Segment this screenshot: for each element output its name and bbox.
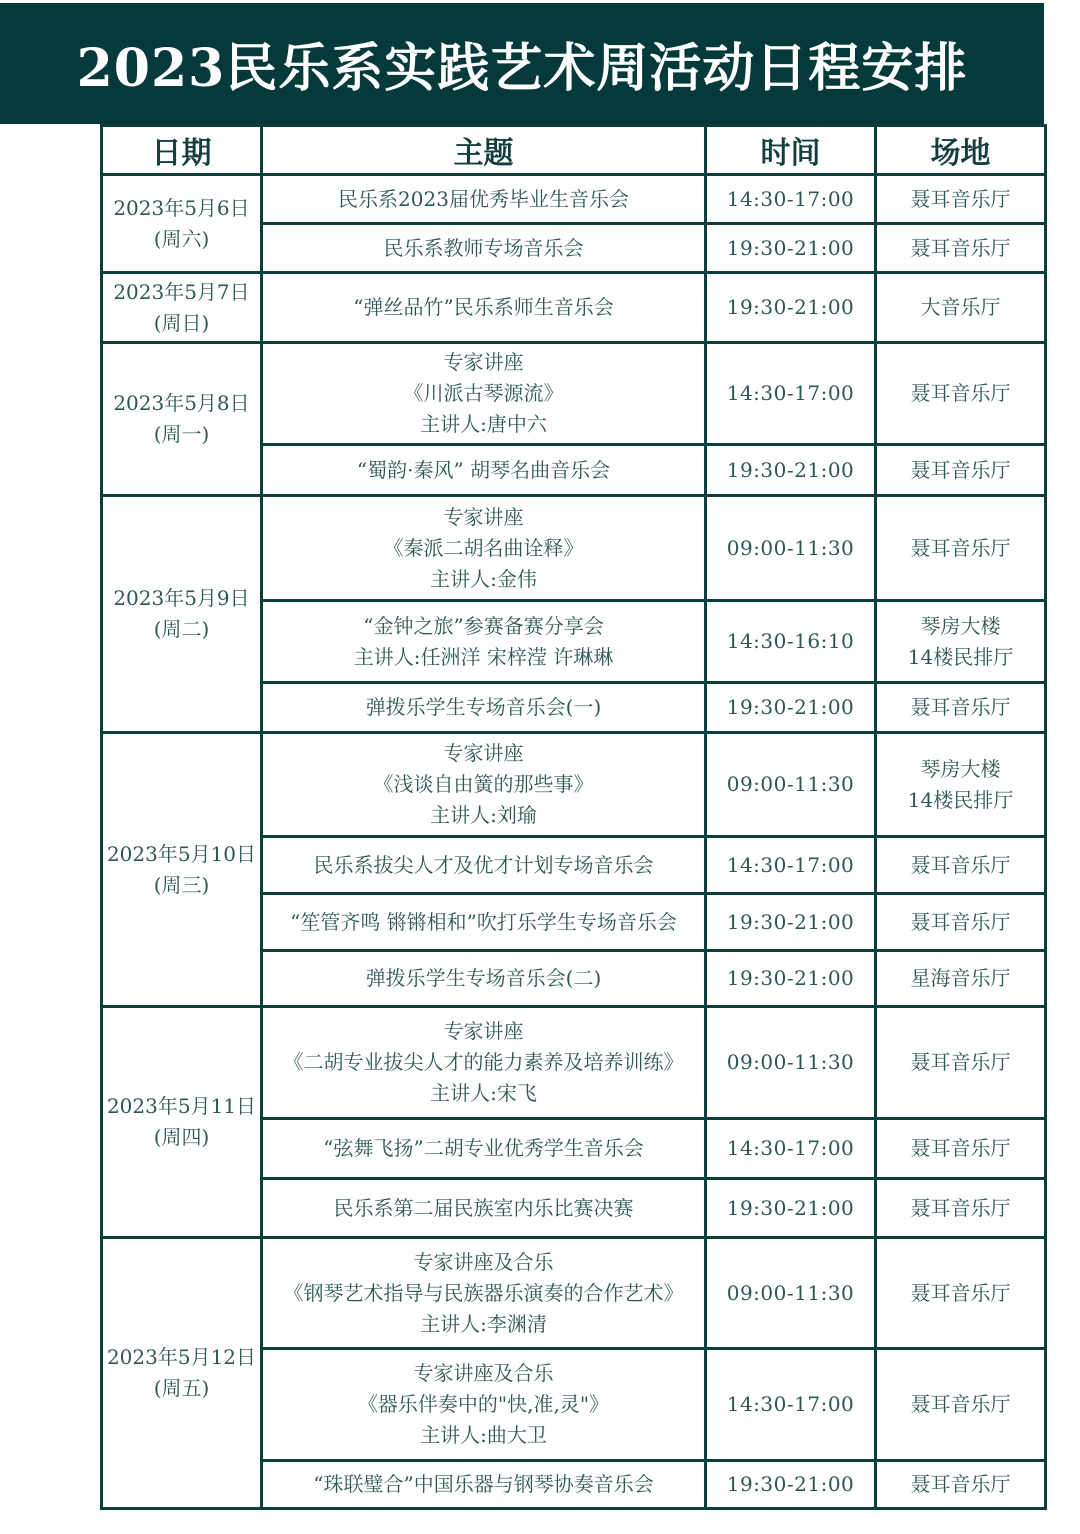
table-row: 2023年5月7日(周日)“弹丝品竹”民乐系师生音乐会19:30-21:00大音… bbox=[102, 273, 1046, 343]
table-row: 2023年5月12日(周五)专家讲座及合乐《钢琴艺术指导与民族器乐演奏的合作艺术… bbox=[102, 1238, 1046, 1349]
date-text: 2023年5月9日 bbox=[103, 583, 260, 614]
topic-line: 主讲人:任洲洋 宋梓滢 许琳琳 bbox=[263, 642, 704, 673]
topic-cell: 民乐系第二届民族室内乐比赛决赛 bbox=[262, 1179, 706, 1238]
date-text: 2023年5月10日 bbox=[103, 839, 260, 870]
topic-line: 《秦派二胡名曲诠释》 bbox=[263, 533, 704, 564]
weekday-text: (周五) bbox=[103, 1373, 260, 1404]
topic-line: 民乐系2023届优秀毕业生音乐会 bbox=[263, 184, 704, 215]
date-cell: 2023年5月12日(周五) bbox=[102, 1238, 262, 1509]
topic-cell: 弹拨乐学生专场音乐会(二) bbox=[262, 951, 706, 1007]
venue-line: 琴房大楼 bbox=[877, 611, 1044, 642]
topic-cell: 专家讲座《二胡专业拔尖人才的能力素养及培养训练》主讲人:宋飞 bbox=[262, 1007, 706, 1119]
table-row: 2023年5月10日(周三)专家讲座《浅谈自由簧的那些事》主讲人:刘瑜09:00… bbox=[102, 733, 1046, 837]
topic-line: “弹丝品竹”民乐系师生音乐会 bbox=[263, 292, 704, 323]
date-text: 2023年5月7日 bbox=[103, 277, 260, 308]
topic-line: “笙管齐鸣 锵锵相和”吹打乐学生专场音乐会 bbox=[263, 907, 704, 938]
time-cell: 19:30-21:00 bbox=[706, 951, 876, 1007]
topic-line: 弹拨乐学生专场音乐会(一) bbox=[263, 692, 704, 723]
venue-line: 聂耳音乐厅 bbox=[877, 233, 1044, 264]
venue-line: 聂耳音乐厅 bbox=[877, 692, 1044, 723]
venue-line: 聂耳音乐厅 bbox=[877, 1469, 1044, 1500]
topic-cell: “弹丝品竹”民乐系师生音乐会 bbox=[262, 273, 706, 343]
time-cell: 19:30-21:00 bbox=[706, 273, 876, 343]
topic-cell: 专家讲座《川派古琴源流》主讲人:唐中六 bbox=[262, 343, 706, 445]
time-cell: 14:30-17:00 bbox=[706, 837, 876, 894]
topic-line: “蜀韵·秦风” 胡琴名曲音乐会 bbox=[263, 455, 704, 486]
venue-cell: 聂耳音乐厅 bbox=[876, 496, 1046, 601]
header-row: 日期 主题 时间 场地 bbox=[102, 126, 1046, 175]
venue-line: 琴房大楼 bbox=[877, 754, 1044, 785]
topic-cell: “蜀韵·秦风” 胡琴名曲音乐会 bbox=[262, 445, 706, 496]
venue-line: 星海音乐厅 bbox=[877, 963, 1044, 994]
weekday-text: (周六) bbox=[103, 224, 260, 255]
date-cell: 2023年5月7日(周日) bbox=[102, 273, 262, 343]
date-text: 2023年5月8日 bbox=[103, 388, 260, 419]
topic-line: 《川派古琴源流》 bbox=[263, 378, 704, 409]
time-cell: 14:30-17:00 bbox=[706, 1119, 876, 1179]
date-cell: 2023年5月6日(周六) bbox=[102, 175, 262, 273]
venue-cell: 聂耳音乐厅 bbox=[876, 1007, 1046, 1119]
topic-line: 弹拨乐学生专场音乐会(二) bbox=[263, 963, 704, 994]
topic-cell: 弹拨乐学生专场音乐会(一) bbox=[262, 683, 706, 733]
venue-cell: 大音乐厅 bbox=[876, 273, 1046, 343]
venue-line: 聂耳音乐厅 bbox=[877, 1278, 1044, 1309]
topic-line: 专家讲座 bbox=[263, 738, 704, 769]
weekday-text: (周四) bbox=[103, 1122, 260, 1153]
venue-line: 聂耳音乐厅 bbox=[877, 1193, 1044, 1224]
venue-cell: 聂耳音乐厅 bbox=[876, 343, 1046, 445]
topic-line: 《二胡专业拔尖人才的能力素养及培养训练》 bbox=[263, 1047, 704, 1078]
topic-line: “珠联璧合”中国乐器与钢琴协奏音乐会 bbox=[263, 1469, 704, 1500]
topic-line: 《钢琴艺术指导与民族器乐演奏的合作艺术》 bbox=[263, 1278, 704, 1309]
venue-cell: 聂耳音乐厅 bbox=[876, 224, 1046, 273]
venue-line: 聂耳音乐厅 bbox=[877, 1133, 1044, 1164]
weekday-text: (周二) bbox=[103, 614, 260, 645]
topic-line: 主讲人:唐中六 bbox=[263, 409, 704, 440]
venue-cell: 聂耳音乐厅 bbox=[876, 1179, 1046, 1238]
time-cell: 14:30-17:00 bbox=[706, 1349, 876, 1461]
topic-cell: “金钟之旅”参赛备赛分享会主讲人:任洲洋 宋梓滢 许琳琳 bbox=[262, 601, 706, 683]
topic-line: 民乐系教师专场音乐会 bbox=[263, 233, 704, 264]
date-text: 2023年5月12日 bbox=[103, 1342, 260, 1373]
venue-cell: 琴房大楼14楼民排厅 bbox=[876, 601, 1046, 683]
header-date: 日期 bbox=[102, 126, 262, 175]
venue-cell: 聂耳音乐厅 bbox=[876, 1349, 1046, 1461]
topic-cell: 专家讲座及合乐《器乐伴奏中的"快,准,灵"》主讲人:曲大卫 bbox=[262, 1349, 706, 1461]
venue-cell: 聂耳音乐厅 bbox=[876, 1461, 1046, 1509]
venue-line: 14楼民排厅 bbox=[877, 642, 1044, 673]
page-title: 2023民乐系实践艺术周活动日程安排 bbox=[77, 26, 968, 101]
topic-line: “金钟之旅”参赛备赛分享会 bbox=[263, 611, 704, 642]
table-row: 2023年5月6日(周六)民乐系2023届优秀毕业生音乐会14:30-17:00… bbox=[102, 175, 1046, 224]
table-row: 2023年5月9日(周二)专家讲座《秦派二胡名曲诠释》主讲人:金伟09:00-1… bbox=[102, 496, 1046, 601]
topic-line: “弦舞飞扬”二胡专业优秀学生音乐会 bbox=[263, 1133, 704, 1164]
title-banner: 2023民乐系实践艺术周活动日程安排 bbox=[0, 3, 1044, 124]
topic-cell: 专家讲座《秦派二胡名曲诠释》主讲人:金伟 bbox=[262, 496, 706, 601]
venue-line: 聂耳音乐厅 bbox=[877, 184, 1044, 215]
venue-line: 聂耳音乐厅 bbox=[877, 533, 1044, 564]
topic-cell: 民乐系拔尖人才及优才计划专场音乐会 bbox=[262, 837, 706, 894]
venue-cell: 聂耳音乐厅 bbox=[876, 683, 1046, 733]
topic-cell: 专家讲座及合乐《钢琴艺术指导与民族器乐演奏的合作艺术》主讲人:李渊清 bbox=[262, 1238, 706, 1349]
venue-line: 聂耳音乐厅 bbox=[877, 1047, 1044, 1078]
topic-line: 主讲人:金伟 bbox=[263, 564, 704, 595]
topic-line: 专家讲座 bbox=[263, 1016, 704, 1047]
venue-cell: 琴房大楼14楼民排厅 bbox=[876, 733, 1046, 837]
time-cell: 09:00-11:30 bbox=[706, 496, 876, 601]
venue-cell: 星海音乐厅 bbox=[876, 951, 1046, 1007]
topic-line: 专家讲座及合乐 bbox=[263, 1358, 704, 1389]
venue-line: 聂耳音乐厅 bbox=[877, 850, 1044, 881]
weekday-text: (周日) bbox=[103, 308, 260, 339]
venue-cell: 聂耳音乐厅 bbox=[876, 837, 1046, 894]
topic-line: 民乐系拔尖人才及优才计划专场音乐会 bbox=[263, 850, 704, 881]
time-cell: 19:30-21:00 bbox=[706, 894, 876, 951]
date-cell: 2023年5月9日(周二) bbox=[102, 496, 262, 733]
time-cell: 14:30-16:10 bbox=[706, 601, 876, 683]
date-cell: 2023年5月10日(周三) bbox=[102, 733, 262, 1007]
topic-cell: 民乐系教师专场音乐会 bbox=[262, 224, 706, 273]
time-cell: 09:00-11:30 bbox=[706, 1007, 876, 1119]
weekday-text: (周一) bbox=[103, 419, 260, 450]
schedule-table: 日期 主题 时间 场地 2023年5月6日(周六)民乐系2023届优秀毕业生音乐… bbox=[100, 124, 1047, 1510]
topic-line: 专家讲座 bbox=[263, 347, 704, 378]
date-text: 2023年5月6日 bbox=[103, 193, 260, 224]
topic-cell: 专家讲座《浅谈自由簧的那些事》主讲人:刘瑜 bbox=[262, 733, 706, 837]
venue-cell: 聂耳音乐厅 bbox=[876, 1119, 1046, 1179]
topic-line: 《器乐伴奏中的"快,准,灵"》 bbox=[263, 1389, 704, 1420]
venue-line: 聂耳音乐厅 bbox=[877, 1389, 1044, 1420]
time-cell: 19:30-21:00 bbox=[706, 1461, 876, 1509]
table-row: 2023年5月11日(周四)专家讲座《二胡专业拔尖人才的能力素养及培养训练》主讲… bbox=[102, 1007, 1046, 1119]
time-cell: 14:30-17:00 bbox=[706, 343, 876, 445]
venue-line: 聂耳音乐厅 bbox=[877, 907, 1044, 938]
venue-cell: 聂耳音乐厅 bbox=[876, 445, 1046, 496]
topic-cell: “笙管齐鸣 锵锵相和”吹打乐学生专场音乐会 bbox=[262, 894, 706, 951]
time-cell: 19:30-21:00 bbox=[706, 224, 876, 273]
header-topic: 主题 bbox=[262, 126, 706, 175]
venue-cell: 聂耳音乐厅 bbox=[876, 894, 1046, 951]
header-time: 时间 bbox=[706, 126, 876, 175]
time-cell: 14:30-17:00 bbox=[706, 175, 876, 224]
header-venue: 场地 bbox=[876, 126, 1046, 175]
venue-line: 聂耳音乐厅 bbox=[877, 378, 1044, 409]
time-cell: 19:30-21:00 bbox=[706, 445, 876, 496]
time-cell: 19:30-21:00 bbox=[706, 683, 876, 733]
table-row: 2023年5月8日(周一)专家讲座《川派古琴源流》主讲人:唐中六14:30-17… bbox=[102, 343, 1046, 445]
venue-line: 14楼民排厅 bbox=[877, 785, 1044, 816]
topic-line: 主讲人:宋飞 bbox=[263, 1078, 704, 1109]
time-cell: 09:00-11:30 bbox=[706, 733, 876, 837]
date-cell: 2023年5月8日(周一) bbox=[102, 343, 262, 496]
time-cell: 19:30-21:00 bbox=[706, 1179, 876, 1238]
weekday-text: (周三) bbox=[103, 870, 260, 901]
time-cell: 09:00-11:30 bbox=[706, 1238, 876, 1349]
topic-line: 主讲人:曲大卫 bbox=[263, 1420, 704, 1451]
venue-cell: 聂耳音乐厅 bbox=[876, 175, 1046, 224]
venue-line: 大音乐厅 bbox=[877, 292, 1044, 323]
topic-cell: 民乐系2023届优秀毕业生音乐会 bbox=[262, 175, 706, 224]
topic-line: 专家讲座 bbox=[263, 502, 704, 533]
topic-line: 主讲人:刘瑜 bbox=[263, 800, 704, 831]
date-cell: 2023年5月11日(周四) bbox=[102, 1007, 262, 1238]
topic-line: 民乐系第二届民族室内乐比赛决赛 bbox=[263, 1193, 704, 1224]
venue-cell: 聂耳音乐厅 bbox=[876, 1238, 1046, 1349]
venue-line: 聂耳音乐厅 bbox=[877, 455, 1044, 486]
topic-line: 《浅谈自由簧的那些事》 bbox=[263, 769, 704, 800]
topic-cell: “弦舞飞扬”二胡专业优秀学生音乐会 bbox=[262, 1119, 706, 1179]
topic-line: 专家讲座及合乐 bbox=[263, 1247, 704, 1278]
date-text: 2023年5月11日 bbox=[103, 1091, 260, 1122]
topic-line: 主讲人:李渊清 bbox=[263, 1309, 704, 1340]
topic-cell: “珠联璧合”中国乐器与钢琴协奏音乐会 bbox=[262, 1461, 706, 1509]
